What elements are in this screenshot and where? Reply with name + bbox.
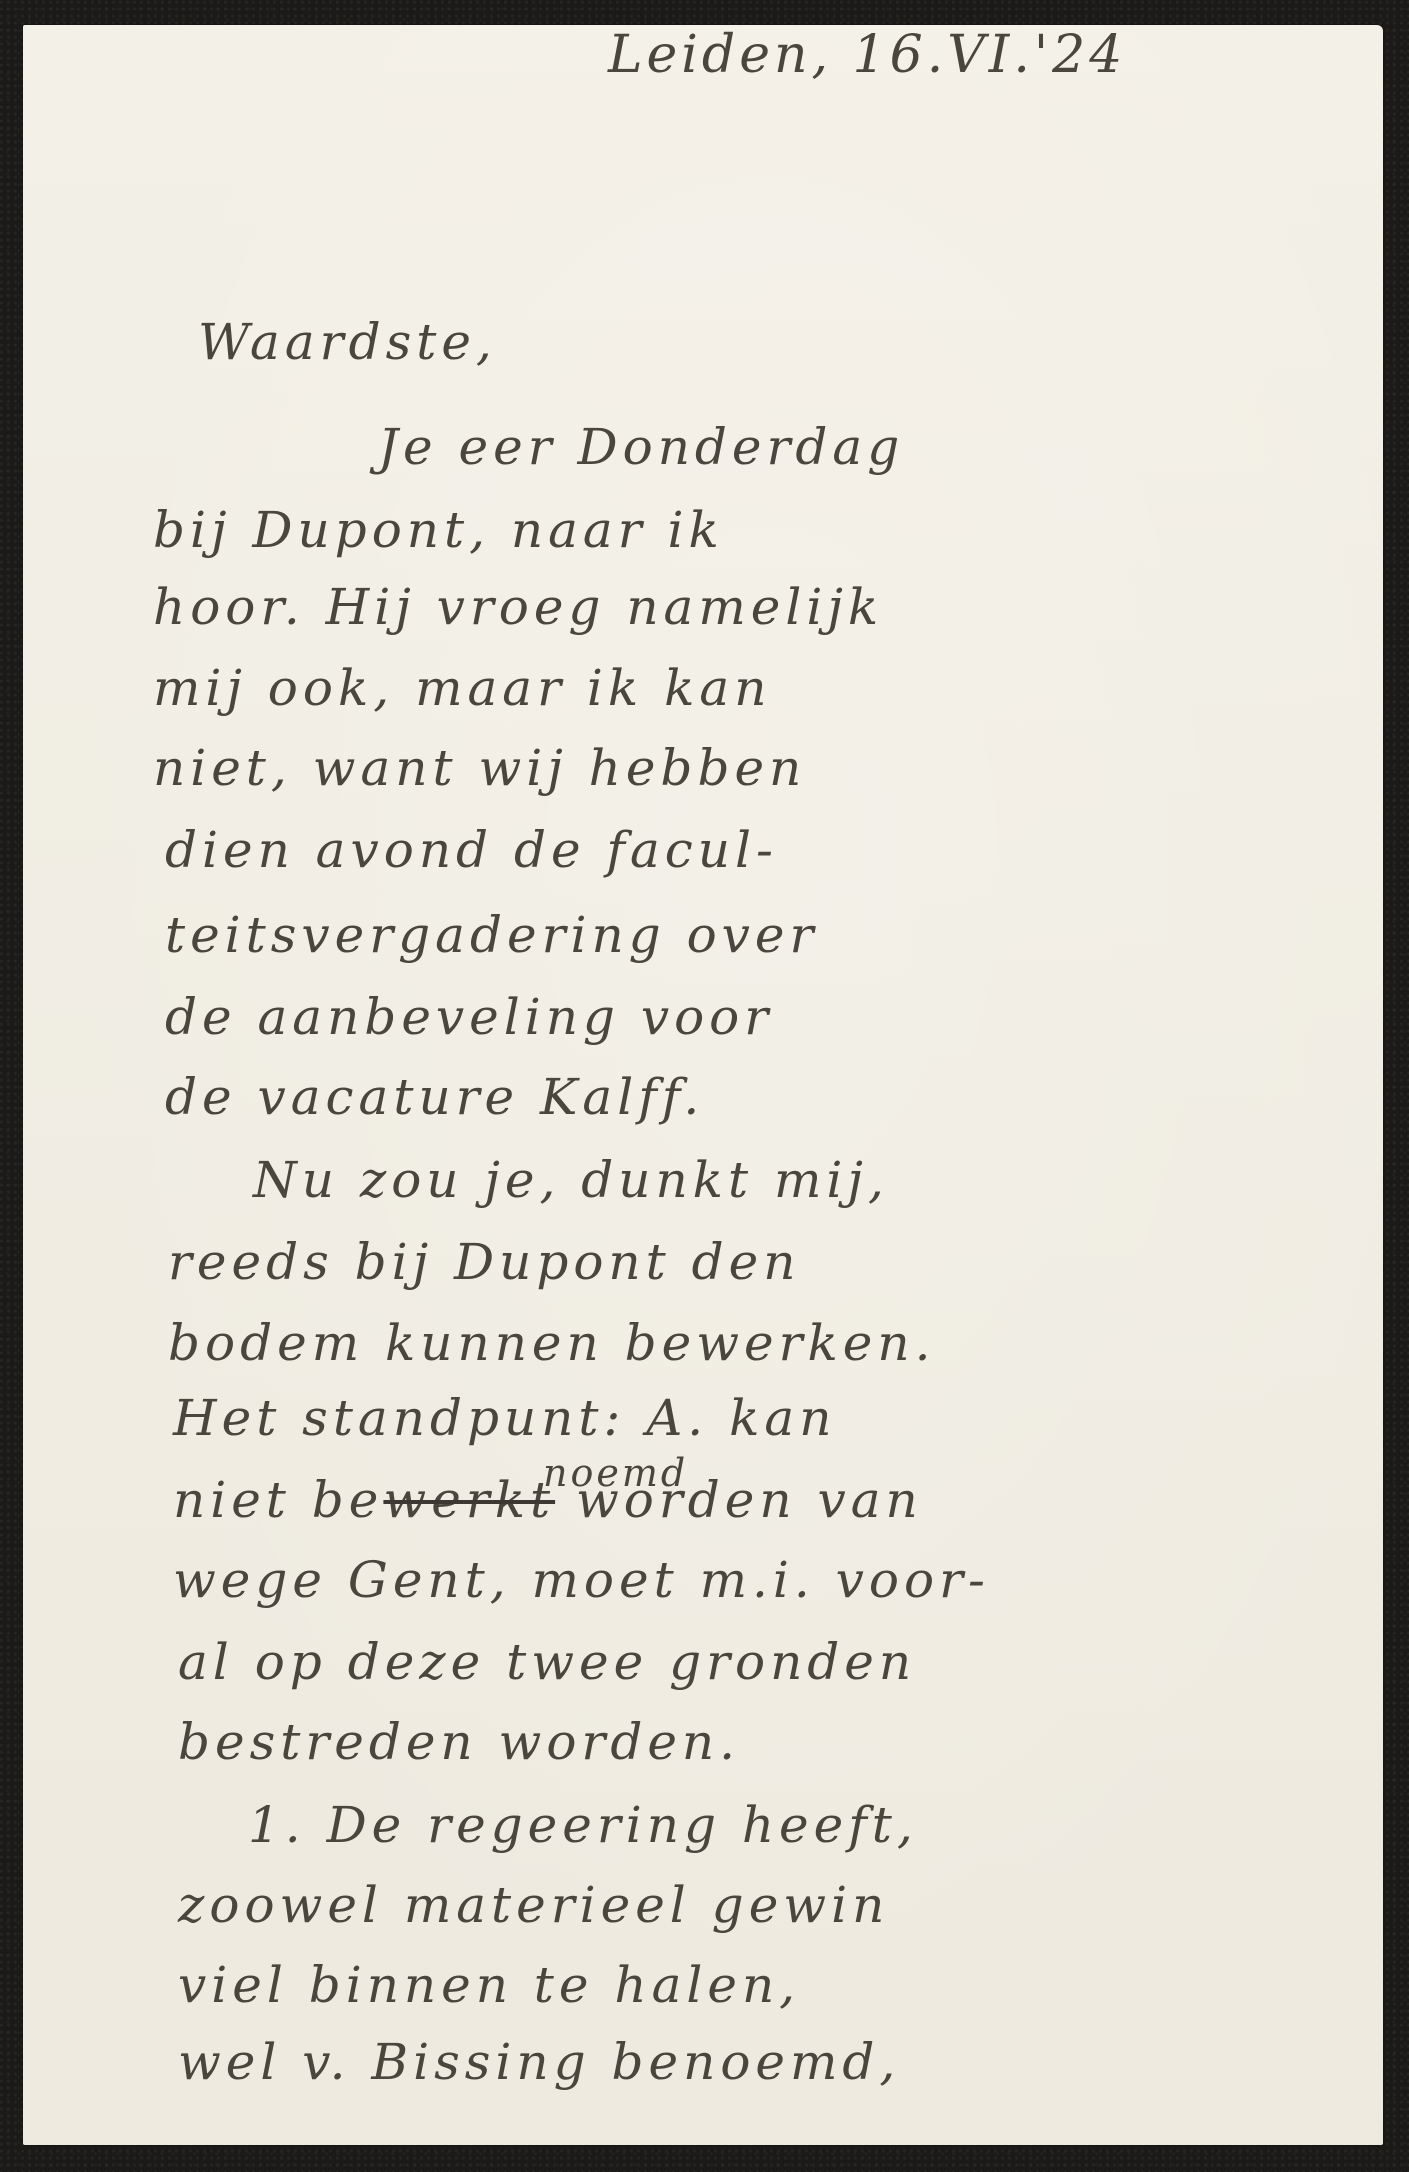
salutation: Waardste,	[198, 317, 497, 367]
word-be: be	[312, 1471, 384, 1529]
letter-line-3: hoor. Hij vroeg namelijk	[153, 582, 883, 632]
letter-line-2: bij Dupont, naar ik	[153, 505, 724, 555]
letter-line-8: de aanbeveling voor	[165, 992, 773, 1042]
letter-line-1: Je eer Donderdag	[378, 422, 904, 472]
letter-line-20: viel binnen te halen,	[178, 1960, 800, 2010]
letter-line-10: Nu zou je, dunkt mij,	[253, 1155, 889, 1205]
letter-line-14: niet bewerkt worden van	[173, 1475, 923, 1525]
word-niet: niet	[173, 1471, 291, 1529]
letter-line-7: teitsvergadering over	[165, 910, 818, 960]
letter-page: Leiden, 16.VI.'24 Waardste, Je eer Donde…	[23, 25, 1383, 2145]
letter-line-11: reeds bij Dupont den	[168, 1237, 800, 1287]
letter-line-5: niet, want wij hebben	[153, 743, 806, 793]
letter-line-18: 1. De regeering heeft,	[248, 1800, 918, 1850]
struck-word: werkt	[383, 1471, 555, 1529]
letter-line-13: Het standpunt: A. kan	[173, 1393, 836, 1443]
place-date: Leiden, 16.VI.'24	[608, 29, 1126, 81]
letter-line-16: al op deze twee gronden	[178, 1637, 916, 1687]
letter-line-17: bestreden worden.	[178, 1717, 740, 1767]
letter-line-4: mij ook, maar ik kan	[153, 663, 771, 713]
letter-line-6: dien avond de facul-	[165, 825, 778, 875]
letter-line-15: wege Gent, moet m.i. voor-	[173, 1555, 990, 1605]
word-worden-van: worden van	[576, 1471, 923, 1529]
letter-line-19: zoowel materieel gewin	[178, 1880, 889, 1930]
letter-line-21: wel v. Bissing benoemd,	[178, 2037, 900, 2087]
letter-line-9: de vacature Kalff.	[165, 1072, 704, 1122]
letter-line-12: bodem kunnen bewerken.	[168, 1318, 935, 1368]
